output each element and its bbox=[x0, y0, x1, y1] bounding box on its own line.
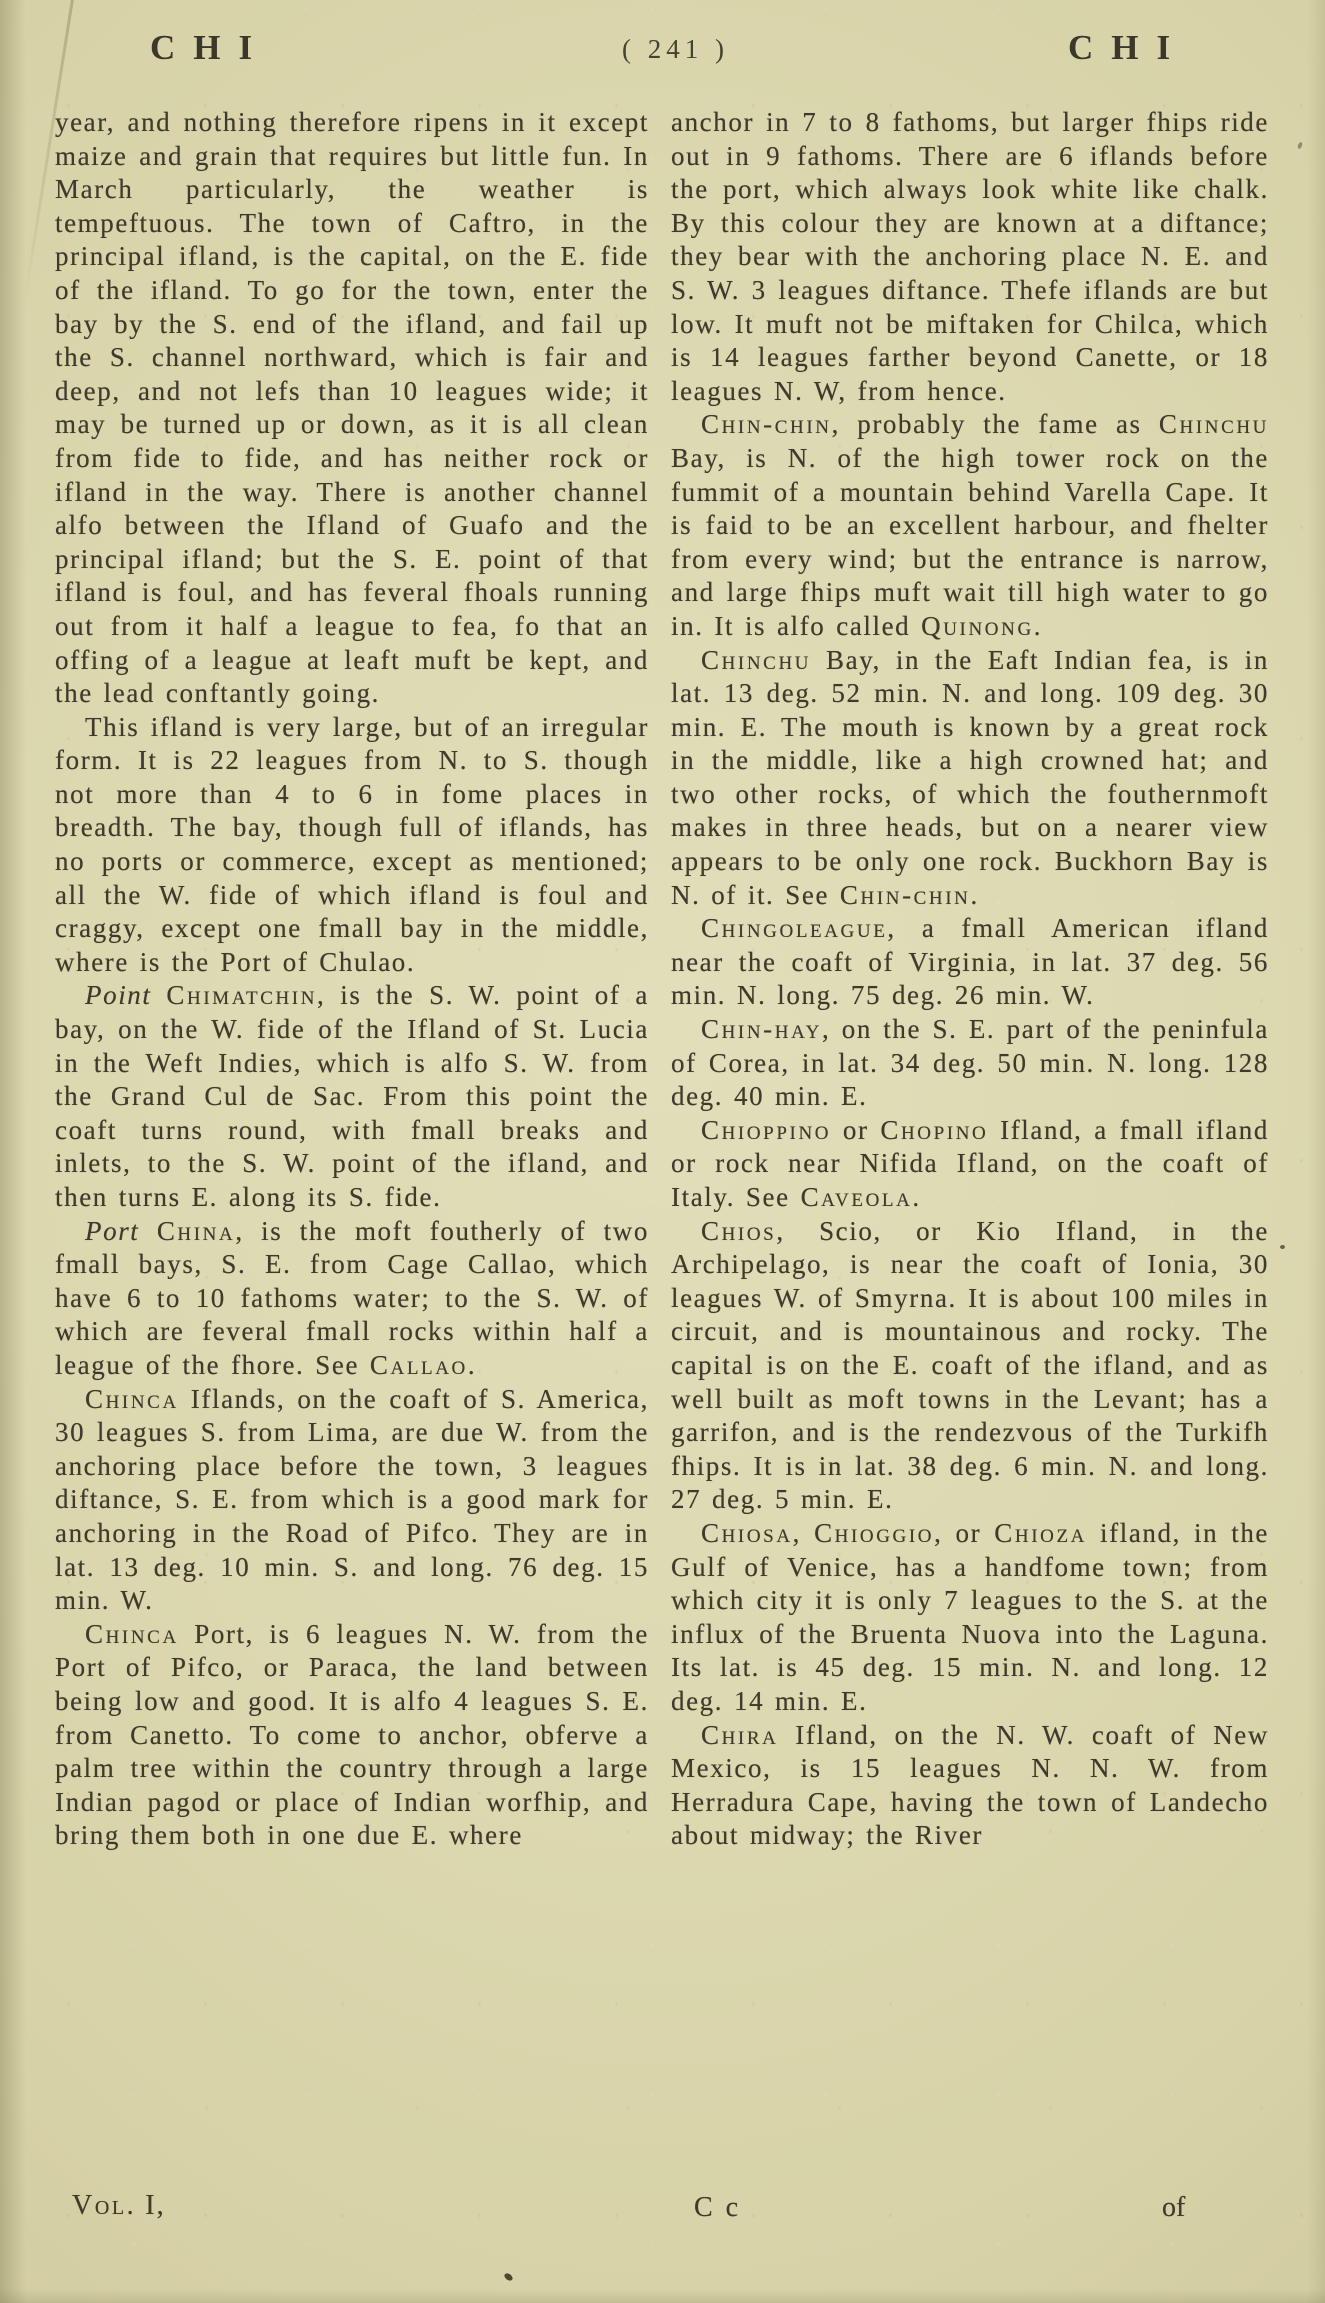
text-column-left: year, and nothing therefore ripens in it… bbox=[55, 106, 649, 2198]
entry-paragraph: anchor in 7 to 8 fathoms, but larger fhi… bbox=[671, 106, 1269, 408]
running-head-left: CHI bbox=[150, 28, 270, 68]
volume-label: Vol. bbox=[72, 2190, 136, 2221]
ink-speck bbox=[1280, 1245, 1285, 1249]
text-segment: , bbox=[793, 1518, 814, 1548]
entry-headword: Chioppino bbox=[701, 1115, 831, 1145]
entry-headword: Chioggio bbox=[814, 1518, 934, 1548]
entry-headword: Chinca bbox=[85, 1384, 179, 1414]
entry-paragraph: year, and nothing therefore ripens in it… bbox=[55, 106, 649, 711]
text-segment: , or bbox=[934, 1518, 994, 1548]
entry-paragraph: Chioppino or Chopino Ifland, a fmall ifl… bbox=[671, 1114, 1269, 1215]
entry-headword: Chimatchin bbox=[166, 980, 317, 1010]
volume-number: I, bbox=[136, 2190, 165, 2221]
entry-paragraph: Chinchu Bay, in the Eaft Indian fea, is … bbox=[671, 644, 1269, 913]
text-segment: , is the S. W. point of a bay, on the W.… bbox=[55, 980, 649, 1212]
entry-paragraph: Chira Ifland, on the N. W. coaft of New … bbox=[671, 1719, 1269, 1853]
entry-headword: Chingoleague bbox=[701, 913, 887, 943]
entry-headword: Chira bbox=[701, 1720, 778, 1750]
entry-headword: Callao bbox=[370, 1350, 468, 1380]
text-segment: or bbox=[831, 1115, 880, 1145]
entry-paragraph: Chin-chin, probably the fame as Chinchu … bbox=[671, 408, 1269, 643]
entry-paragraph: Chingoleague, a fmall American ifland ne… bbox=[671, 912, 1269, 1013]
entry-headword: Chin-chin bbox=[840, 880, 971, 910]
volume-signature: Vol. I, bbox=[72, 2190, 166, 2222]
entry-paragraph: Chinca Iflands, on the coaft of S. Ameri… bbox=[55, 1383, 649, 1618]
text-segment: Iflands, on the coaft of S. America, 30 … bbox=[55, 1384, 649, 1616]
entry-headword: Chinca bbox=[85, 1619, 179, 1649]
ink-speck bbox=[1297, 142, 1303, 150]
entry-headword: Chios bbox=[701, 1216, 776, 1246]
text-segment: year, and nothing therefore ripens in it… bbox=[55, 107, 649, 708]
text-segment: Port bbox=[85, 1216, 157, 1246]
entry-paragraph: Chios, Scio, or Kio Ifland, in the Archi… bbox=[671, 1215, 1269, 1517]
page-number: ( 241 ) bbox=[622, 34, 729, 65]
catchword: of bbox=[1162, 2192, 1185, 2224]
text-segment: anchor in 7 to 8 fathoms, but larger fhi… bbox=[671, 107, 1269, 406]
entry-headword: Chiosa bbox=[701, 1518, 793, 1548]
text-segment: . bbox=[971, 880, 979, 910]
text-segment: . bbox=[912, 1182, 920, 1212]
entry-headword: Chinchu bbox=[1159, 409, 1269, 439]
entry-paragraph: Chinca Port, is 6 leagues N. W. from the… bbox=[55, 1618, 649, 1853]
entry-paragraph: Port China, is the moft foutherly of two… bbox=[55, 1215, 649, 1383]
entry-headword: Caveola bbox=[801, 1182, 913, 1212]
entry-headword: Chin-hay bbox=[701, 1014, 822, 1044]
entry-paragraph: Chin-hay, on the S. E. part of the penin… bbox=[671, 1013, 1269, 1114]
text-segment: , probably the fame as bbox=[832, 409, 1159, 439]
running-head-right: CHI bbox=[1068, 28, 1188, 68]
text-segment: Point bbox=[85, 980, 166, 1010]
entry-headword: China bbox=[157, 1216, 236, 1246]
text-segment: . bbox=[1034, 611, 1042, 641]
entry-headword: Chin-chin bbox=[701, 409, 832, 439]
text-segment: . bbox=[468, 1350, 476, 1380]
entry-headword: Chopino bbox=[880, 1115, 988, 1145]
text-segment: Bay, in the Eaft Indian fea, is in lat. … bbox=[671, 645, 1269, 910]
page-edge-shading-right bbox=[1307, 0, 1325, 2303]
page-edge-shading-bottom bbox=[0, 2289, 1325, 2303]
entry-headword: Chioza bbox=[994, 1518, 1087, 1548]
book-page: CHI ( 241 ) CHI year, and nothing theref… bbox=[0, 0, 1325, 2303]
ink-speck bbox=[503, 2272, 514, 2282]
text-segment: This ifland is very large, but of an irr… bbox=[55, 712, 649, 977]
entry-paragraph: This ifland is very large, but of an irr… bbox=[55, 711, 649, 980]
signature-mark: C c bbox=[694, 2192, 741, 2224]
text-segment: Port, is 6 leagues N. W. from the Port o… bbox=[55, 1619, 649, 1851]
entry-headword: Quinong bbox=[921, 611, 1034, 641]
page-edge-shading-left bbox=[0, 0, 26, 2303]
ink-speck bbox=[338, 1052, 342, 1056]
entry-paragraph: Chiosa, Chioggio, or Chioza ifland, in t… bbox=[671, 1517, 1269, 1719]
text-column-right: anchor in 7 to 8 fathoms, but larger fhi… bbox=[671, 106, 1269, 2198]
entry-headword: Chinchu bbox=[701, 645, 811, 675]
text-segment: , Scio, or Kio Ifland, in the Archipelag… bbox=[671, 1216, 1269, 1515]
entry-paragraph: Point Chimatchin, is the S. W. point of … bbox=[55, 979, 649, 1214]
